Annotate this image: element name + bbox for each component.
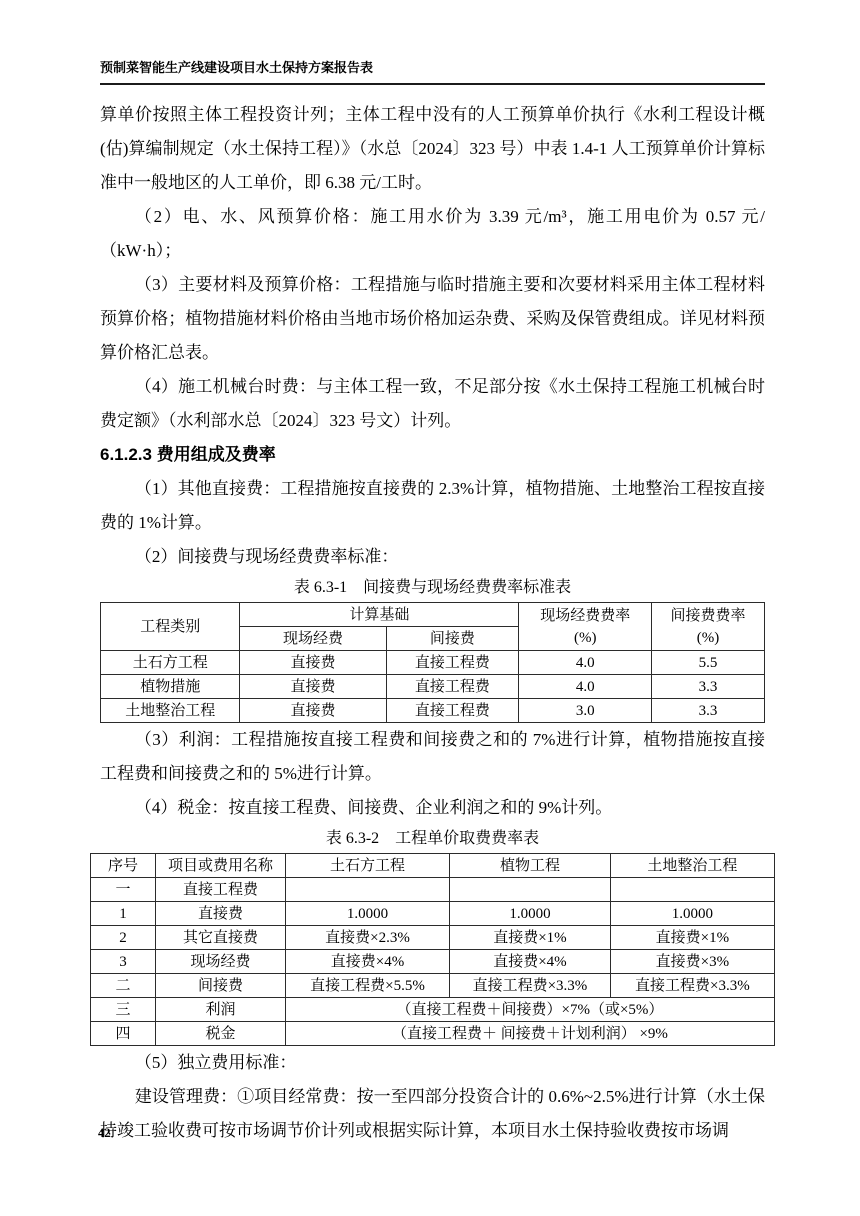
paragraph-item-2: （2）电、水、风预算价格：施工用水价为 3.39 元/m³，施工用电价为 0.5… — [100, 200, 765, 268]
cell: 直接费 — [240, 675, 386, 699]
cell: 3.3 — [652, 675, 765, 699]
cell: 直接费 — [155, 902, 285, 926]
header-indirect-rate-title: 间接费费率 — [654, 605, 762, 627]
cell: 二 — [91, 974, 156, 998]
cell: 2 — [91, 926, 156, 950]
cell: 三 — [91, 998, 156, 1022]
header-cell-sub-indirect: 间接费 — [386, 627, 519, 651]
header-cell-earthwork: 土石方工程 — [285, 854, 449, 878]
table-row: 四 税金 （直接工程费＋ 间接费＋计划利润） ×9% — [91, 1022, 775, 1046]
paragraph-fee-1: （1）其他直接费：工程措施按直接费的 2.3%计算，植物措施、土地整治工程按直接… — [100, 472, 765, 540]
cell — [285, 878, 449, 902]
table-row: 工程类别 计算基础 现场经费费率 (%) 间接费费率 (%) — [101, 603, 765, 627]
cell — [450, 878, 611, 902]
paragraph-mgmt-fee: 建设管理费：①项目经常费：按一至四部分投资合计的 0.6%~2.5%进行计算（水… — [100, 1080, 765, 1148]
cell: 3.0 — [519, 699, 652, 723]
cell: 税金 — [155, 1022, 285, 1046]
table-row: 1 直接费 1.0000 1.0000 1.0000 — [91, 902, 775, 926]
document-page: 预制菜智能生产线建设项目水土保持方案报告表 算单价按照主体工程投资计列；主体工程… — [0, 0, 860, 1216]
table-row: 三 利润 （直接工程费＋间接费）×7%（或×5%） — [91, 998, 775, 1022]
cell: 直接费×4% — [285, 950, 449, 974]
cell: 其它直接费 — [155, 926, 285, 950]
paragraph-fee-5: （5）独立费用标准： — [100, 1046, 765, 1080]
cell: 间接费 — [155, 974, 285, 998]
table-row: 2 其它直接费 直接费×2.3% 直接费×1% 直接费×1% — [91, 926, 775, 950]
table-row: 土地整治工程 直接费 直接工程费 3.0 3.3 — [101, 699, 765, 723]
cell: 利润 — [155, 998, 285, 1022]
table-row: 序号 项目或费用名称 土石方工程 植物工程 土地整治工程 — [91, 854, 775, 878]
table-6-3-2: 序号 项目或费用名称 土石方工程 植物工程 土地整治工程 一 直接工程费 — [90, 853, 775, 1046]
table-row: 土石方工程 直接费 直接工程费 4.0 5.5 — [101, 651, 765, 675]
cell: 土石方工程 — [101, 651, 240, 675]
header-cell-no: 序号 — [91, 854, 156, 878]
cell: 1.0000 — [610, 902, 774, 926]
cell: 四 — [91, 1022, 156, 1046]
header-cell-land: 土地整治工程 — [610, 854, 774, 878]
cell: 直接工程费 — [386, 651, 519, 675]
cell: 1.0000 — [285, 902, 449, 926]
cell: 1 — [91, 902, 156, 926]
header-cell-indirect-rate: 间接费费率 (%) — [652, 603, 765, 651]
header-site-rate-unit: (%) — [521, 627, 649, 649]
table-row: 3 现场经费 直接费×4% 直接费×4% 直接费×3% — [91, 950, 775, 974]
cell: 5.5 — [652, 651, 765, 675]
cell: 1.0000 — [450, 902, 611, 926]
paragraph-item-3: （3）主要材料及预算价格：工程措施与临时措施主要和次要材料采用主体工程材料预算价… — [100, 268, 765, 370]
header-cell-calc-basis: 计算基础 — [240, 603, 519, 627]
cell: 直接工程费 — [155, 878, 285, 902]
header-cell-category: 工程类别 — [101, 603, 240, 651]
table-6-3-1: 工程类别 计算基础 现场经费费率 (%) 间接费费率 (%) 现场经费 间接费 — [100, 602, 765, 723]
header-cell-site-rate: 现场经费费率 (%) — [519, 603, 652, 651]
page-content: 预制菜智能生产线建设项目水土保持方案报告表 算单价按照主体工程投资计列；主体工程… — [100, 58, 765, 1148]
cell: 直接工程费 — [386, 675, 519, 699]
header-cell-sub-site: 现场经费 — [240, 627, 386, 651]
section-heading-6-1-2-3: 6.1.2.3 费用组成及费率 — [100, 438, 765, 472]
header-site-rate-title: 现场经费费率 — [521, 605, 649, 627]
cell-merged-formula: （直接工程费＋间接费）×7%（或×5%） — [285, 998, 774, 1022]
header-cell-plant: 植物工程 — [450, 854, 611, 878]
cell: 4.0 — [519, 675, 652, 699]
cell — [610, 878, 774, 902]
cell: 直接费×3% — [610, 950, 774, 974]
table-row: 植物措施 直接费 直接工程费 4.0 3.3 — [101, 675, 765, 699]
cell-merged-formula: （直接工程费＋ 间接费＋计划利润） ×9% — [285, 1022, 774, 1046]
table-2-wrapper: 序号 项目或费用名称 土石方工程 植物工程 土地整治工程 一 直接工程费 — [90, 853, 775, 1046]
paragraph-fee-3: （3）利润：工程措施按直接工程费和间接费之和的 7%进行计算，植物措施按直接工程… — [100, 723, 765, 791]
header-cell-item-name: 项目或费用名称 — [155, 854, 285, 878]
page-number: 42 — [98, 1126, 111, 1141]
cell: 4.0 — [519, 651, 652, 675]
cell: 直接费 — [240, 699, 386, 723]
cell: 直接费×4% — [450, 950, 611, 974]
cell: 一 — [91, 878, 156, 902]
running-header: 预制菜智能生产线建设项目水土保持方案报告表 — [100, 58, 765, 85]
paragraph-continuation: 算单价按照主体工程投资计列；主体工程中没有的人工预算单价执行《水利工程设计概(估… — [100, 98, 765, 200]
cell: 直接工程费×3.3% — [610, 974, 774, 998]
cell: 现场经费 — [155, 950, 285, 974]
cell: 直接费×2.3% — [285, 926, 449, 950]
cell: 直接费×1% — [610, 926, 774, 950]
cell: 直接费 — [240, 651, 386, 675]
table-2-caption: 表 6.3-2 工程单价取费费率表 — [100, 825, 765, 853]
table-1-caption: 表 6.3-1 间接费与现场经费费率标准表 — [100, 574, 765, 602]
cell: 直接费×1% — [450, 926, 611, 950]
cell: 直接工程费×5.5% — [285, 974, 449, 998]
table-row: 一 直接工程费 — [91, 878, 775, 902]
cell: 3.3 — [652, 699, 765, 723]
paragraph-item-4: （4）施工机械台时费：与主体工程一致，不足部分按《水土保持工程施工机械台时费定额… — [100, 370, 765, 438]
table-row: 二 间接费 直接工程费×5.5% 直接工程费×3.3% 直接工程费×3.3% — [91, 974, 775, 998]
cell: 3 — [91, 950, 156, 974]
cell: 直接工程费×3.3% — [450, 974, 611, 998]
paragraph-fee-4: （4）税金：按直接工程费、间接费、企业利润之和的 9%计列。 — [100, 791, 765, 825]
cell: 植物措施 — [101, 675, 240, 699]
cell: 土地整治工程 — [101, 699, 240, 723]
header-indirect-rate-unit: (%) — [654, 627, 762, 649]
paragraph-fee-2: （2）间接费与现场经费费率标准： — [100, 540, 765, 574]
cell: 直接工程费 — [386, 699, 519, 723]
